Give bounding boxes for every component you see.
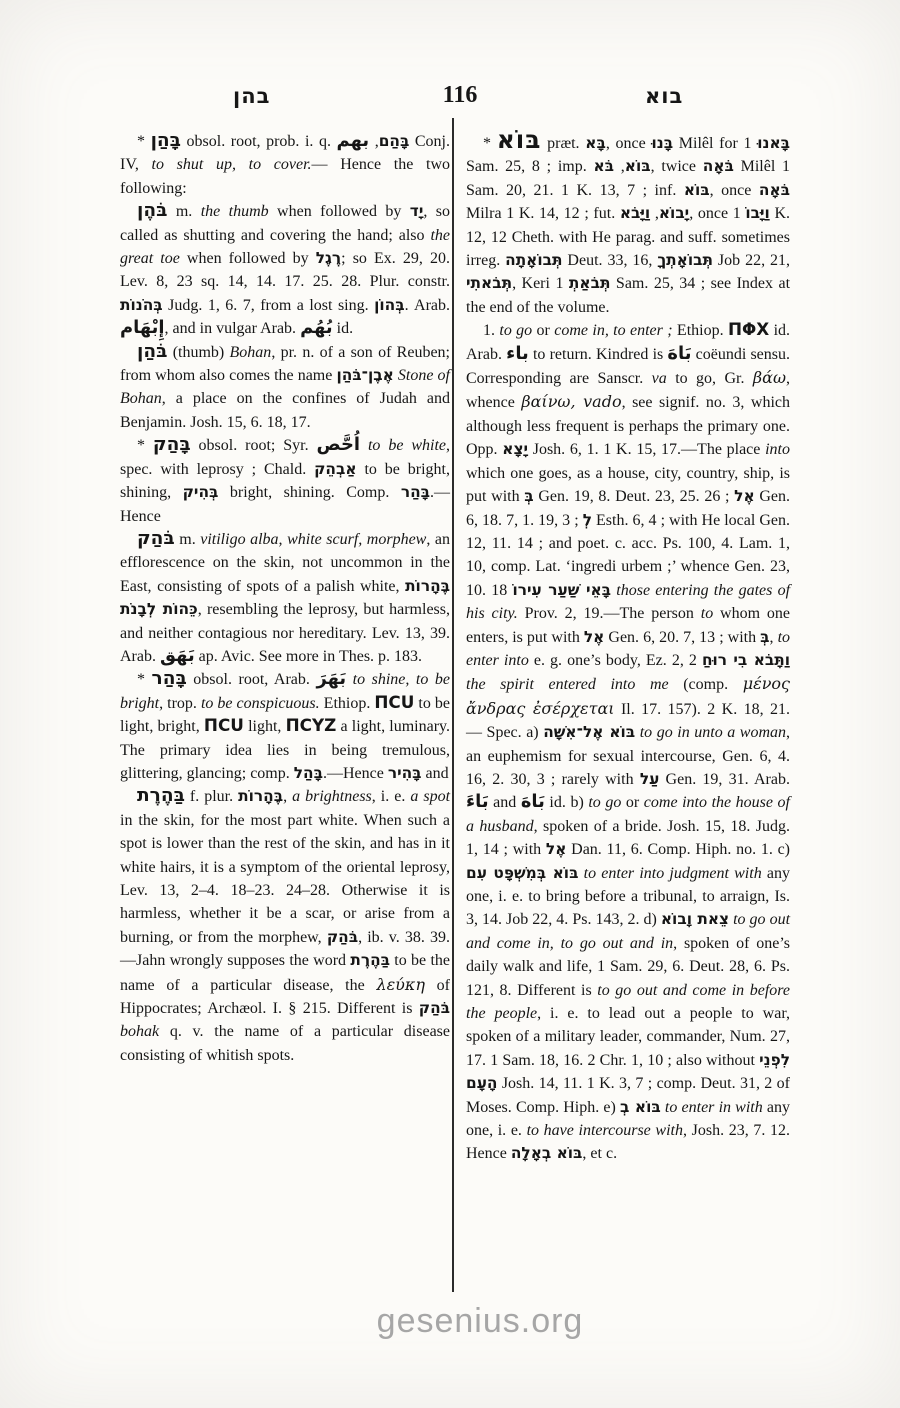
hebrew-text: בָּהִיר <box>388 764 422 782</box>
hebrew-headword: בֹּהַק <box>137 528 175 549</box>
page-number: 116 <box>415 82 505 109</box>
arabic-text: بُهُم <box>300 317 333 338</box>
roman-text: , and in vulgar Arab. <box>165 320 301 337</box>
hebrew-headword: בַּהֶרֶת <box>137 785 185 806</box>
roman-text: obsol. root, Arab. <box>187 671 317 688</box>
hebrew-text: בָּנוּ <box>651 134 673 152</box>
dictionary-paragraph: בֹּהַק m. vitiligo alba, white scurf, mo… <box>120 528 450 668</box>
hebrew-text: וַתָּבֹא בִי רוּחַ <box>702 651 790 669</box>
hebrew-text: צֵאת וָבוֹא <box>661 910 729 928</box>
running-head-left: בהן <box>233 84 270 108</box>
roman-text: m. <box>175 531 201 548</box>
hebrew-text: תְּבֹאַתְ <box>569 274 611 292</box>
roman-text: bright, shining. Comp. <box>218 484 400 501</box>
hebrew-text: עַל <box>640 770 660 788</box>
roman-text: .—Hence <box>323 765 388 782</box>
greek-text: λεύκη <box>376 975 425 994</box>
italic-text: to go <box>499 322 532 339</box>
roman-text: Josh. 6, 1. 1 K. 15, 17.—The place <box>528 441 765 458</box>
hebrew-text: אֶבֶן־בֹּהַן <box>336 366 393 384</box>
hebrew-text: בּוֹא בְ <box>620 1098 661 1116</box>
roman-text: m. <box>167 203 200 220</box>
hebrew-text: תְּבוֹאָתָה <box>505 251 562 269</box>
hebrew-text: לְ <box>583 511 592 529</box>
roman-text: , <box>770 629 778 646</box>
arabic-text: بَهَق <box>160 645 195 666</box>
roman-text: to go, Gr. <box>667 370 753 387</box>
italic-text: to go <box>588 794 621 811</box>
dictionary-paragraph: * בָּהַר obsol. root, Arab. بَهَرَ to sh… <box>120 668 450 785</box>
roman-text: Ethiop. <box>673 322 728 339</box>
roman-text: light, <box>244 718 286 735</box>
hebrew-text: בְּהִיק <box>183 483 219 501</box>
roman-text: ap. Avic. See more in Thes. p. 183. <box>195 648 422 665</box>
hebrew-text: בּוֹא <box>625 157 651 175</box>
arabic-text: بَهَرَ <box>316 668 346 689</box>
roman-text: or <box>532 322 554 339</box>
roman-text: in the skin, for the most part white. Wh… <box>120 812 450 946</box>
roman-text: , Keri <box>512 275 555 292</box>
hebrew-text: אֶל <box>584 628 604 646</box>
roman-text: (comp. <box>669 676 743 693</box>
greek-text: βάω <box>753 368 786 387</box>
hebrew-text: תְּבֹאתִי <box>466 274 512 292</box>
italic-text: the thumb <box>201 203 269 220</box>
hebrew-text: בָּאֵי שַׁעַר עִירוֹ <box>512 581 611 599</box>
hebrew-headword: בָּהַק <box>153 434 191 455</box>
hebrew-text: בֶּהָרוֹת <box>238 787 283 805</box>
dictionary-paragraph: 1. to go or come in, to enter ; Ethiop. … <box>466 319 790 1166</box>
roman-text: Judg. 1, 6. 7, from a lost sing. <box>163 297 374 314</box>
ethiopic-text: ΠCU <box>204 715 244 735</box>
hebrew-text: בּוֹא אֶל־אִשָּׁה <box>543 723 635 741</box>
hebrew-text: בֹּאָה <box>759 181 790 199</box>
italic-text: to go in unto a woman <box>640 724 786 741</box>
hebrew-text: וַיָּבֹא <box>620 204 650 222</box>
hebrew-text: אַבְהֵק <box>314 460 356 478</box>
hebrew-text: יָצָא <box>502 440 528 458</box>
hebrew-text: אֶל <box>734 487 754 505</box>
roman-text: , <box>650 205 659 222</box>
roman-text: (thumb) <box>167 344 229 361</box>
hebrew-text: בָּהַר <box>401 483 430 501</box>
running-head-right: בוא <box>645 84 683 108</box>
arabic-text: بَاهَ <box>521 791 545 812</box>
hebrew-text: תְּבוֹאָתְךָ <box>657 251 713 269</box>
roman-text: q. v. the name of a particular disease c… <box>120 1023 450 1063</box>
hebrew-text: רֶגֶל <box>316 249 341 267</box>
hebrew-headword: בֹּהֶן <box>137 200 167 221</box>
italic-text: a brightness <box>292 788 372 805</box>
dictionary-paragraph: בַּהֶרֶת f. plur. בֶּהָרוֹת, a brightnes… <box>120 785 450 1067</box>
right-column: * בּוֹא præt. בָּא, once בָּנוּ Milêl fo… <box>466 130 790 1166</box>
roman-text: , a place on the confines of Judah and B… <box>120 390 450 430</box>
dictionary-paragraph: בֹּהַן (thumb) Bohan, pr. n. of a son of… <box>120 341 450 435</box>
roman-text: Milra 1 K. 14, 12 ; fut. <box>466 205 620 222</box>
hebrew-text: בֹּאָה <box>703 157 734 175</box>
roman-text: Gen. 6, 20. 7, 13 ; with <box>604 629 760 646</box>
italic-text: to enter in with <box>665 1099 763 1116</box>
arabic-text: باء <box>506 343 529 364</box>
hebrew-text: בֹּהַק <box>419 999 450 1017</box>
roman-text: id. <box>333 320 353 337</box>
italic-text: Bohan <box>230 344 272 361</box>
italic-text: to have intercourse with <box>527 1122 683 1139</box>
roman-text: e. g. one’s body, Ez. 2, 2 <box>529 652 702 669</box>
italic-text: into <box>765 441 790 458</box>
roman-text: obsol. root; Syr. <box>191 437 317 454</box>
dictionary-paragraph: * בּוֹא præt. בָּא, once בָּנוּ Milêl fo… <box>466 130 790 319</box>
ethiopic-text: ΠCU <box>374 692 414 712</box>
hebrew-text: אֶל <box>546 840 566 858</box>
roman-text: , <box>614 158 625 175</box>
left-column: * בָּהַן obsol. root, prob. i. q. בָּהַם… <box>120 130 450 1067</box>
roman-text: * <box>483 135 497 152</box>
dictionary-paragraph: * בָּהַן obsol. root, prob. i. q. בָּהַם… <box>120 130 450 200</box>
dictionary-paragraph: בֹּהֶן m. the thumb when followed by יָד… <box>120 200 450 340</box>
roman-text: when followed by <box>269 203 410 220</box>
arabic-text: بَاهَ <box>667 343 691 364</box>
hebrew-text: בּוֹא <box>684 181 710 199</box>
ethiopic-text: ΠΦΧ <box>728 319 769 339</box>
roman-text: , twice <box>651 158 703 175</box>
hebrew-text: בַּהֶרֶת <box>350 951 390 969</box>
italic-text: a spot <box>410 788 450 805</box>
italic-text: to be conspicuous. <box>201 695 320 712</box>
roman-text: f. plur. <box>185 788 238 805</box>
hebrew-headword: בָּהַר <box>152 668 187 689</box>
roman-text: or <box>621 794 643 811</box>
roman-text: , et c. <box>582 1145 617 1162</box>
italic-text: come in, to enter ; <box>554 322 672 339</box>
roman-text: * <box>137 671 152 688</box>
roman-text: and <box>489 794 521 811</box>
hebrew-headword: בֹּהַן <box>137 341 167 362</box>
italic-text: to shut up, to cover. <box>152 156 312 173</box>
roman-text: Milêl for <box>673 135 743 152</box>
roman-text: Gen. 19, 8. Deut. 23, 25. 26 ; <box>534 488 735 505</box>
hebrew-text: בָּאנוּ <box>757 134 790 152</box>
roman-text: Ethiop. <box>320 695 375 712</box>
roman-text: Gen. 19, 31. Arab. <box>659 771 790 788</box>
hebrew-text: בְּ <box>524 487 533 505</box>
arabic-text: إِبْهَام <box>120 317 165 338</box>
hebrew-text: בּוֹא בְאָלָה <box>511 1144 583 1162</box>
roman-text: Deut. 33, 16, <box>563 252 658 269</box>
roman-text <box>360 437 368 454</box>
italic-text: bohak <box>120 1023 159 1040</box>
roman-text: obsol. root, prob. i. q. <box>181 133 337 150</box>
roman-text: , <box>369 133 379 150</box>
hebrew-text: בֹּא <box>593 157 614 175</box>
roman-text: Job 22, 21, <box>713 252 790 269</box>
italic-text: to <box>701 605 713 622</box>
arabic-text: بَاءَ <box>466 791 489 812</box>
watermark: gesenius.org <box>60 1302 900 1341</box>
roman-text: to return. Kindred is <box>529 346 668 363</box>
roman-text: Prov. 2, 19.—The person <box>518 605 701 622</box>
hebrew-headword-large: בּוֹא <box>497 125 542 154</box>
column-divider <box>452 118 454 1292</box>
roman-text: id. b) <box>545 794 588 811</box>
hebrew-text: יָבוֹא <box>659 204 689 222</box>
hebrew-text: בָּהַם <box>379 132 410 150</box>
roman-text: , i. e. <box>372 788 411 805</box>
hebrew-text: בְּהוֹן <box>374 296 404 314</box>
hebrew-text: בּוֹא בְּמִשְׁפָּט עִם <box>466 864 578 882</box>
hebrew-text: יָד <box>410 202 424 220</box>
hebrew-text: בֹּהַק <box>327 928 358 946</box>
arabic-text: اُحَّص <box>317 434 360 455</box>
italic-text: to enter into judgment with <box>584 865 762 882</box>
italic-text: vitiligo alba, white scurf, morphew <box>200 531 426 548</box>
italic-text: the spirit entered into me <box>466 676 669 693</box>
hebrew-text: בָּהַל <box>294 764 323 782</box>
italic-text: va <box>652 370 667 387</box>
roman-text: præt. <box>541 135 585 152</box>
roman-text: * <box>137 437 153 454</box>
hebrew-text: וַיָּבוֹ <box>745 204 769 222</box>
roman-text: Dan. 11, 6. Comp. Hiph. no. 1. c) <box>566 841 790 858</box>
dictionary-paragraph: * בָּהַק obsol. root; Syr. اُحَّص to be … <box>120 434 450 528</box>
page-header: בהן 116 בוא <box>0 82 900 116</box>
roman-text: when followed by <box>180 250 316 267</box>
greek-text: βαίνω, vado <box>521 392 621 411</box>
scanned-page: בהן 116 בוא * בָּהַן obsol. root, prob. … <box>0 0 900 1408</box>
roman-text: , once <box>689 205 733 222</box>
roman-text: 1. <box>483 322 499 339</box>
roman-text: , once <box>606 135 652 152</box>
ethiopic-text: ΠCYZ <box>286 715 337 735</box>
roman-text: . Arab. <box>405 297 450 314</box>
arabic-text: بهم <box>337 130 370 151</box>
roman-text: and <box>422 765 449 782</box>
italic-text: to be white <box>368 437 446 454</box>
roman-text: , <box>283 788 292 805</box>
roman-text: , trop. <box>159 695 201 712</box>
roman-text: * <box>137 133 151 150</box>
hebrew-headword: בָּהַן <box>151 130 181 151</box>
hebrew-text: בָּא <box>585 134 606 152</box>
hebrew-text: בְּ <box>760 628 769 646</box>
roman-text: , once <box>710 182 759 199</box>
hebrew-text: בְּהֹנוֹת <box>120 296 163 314</box>
